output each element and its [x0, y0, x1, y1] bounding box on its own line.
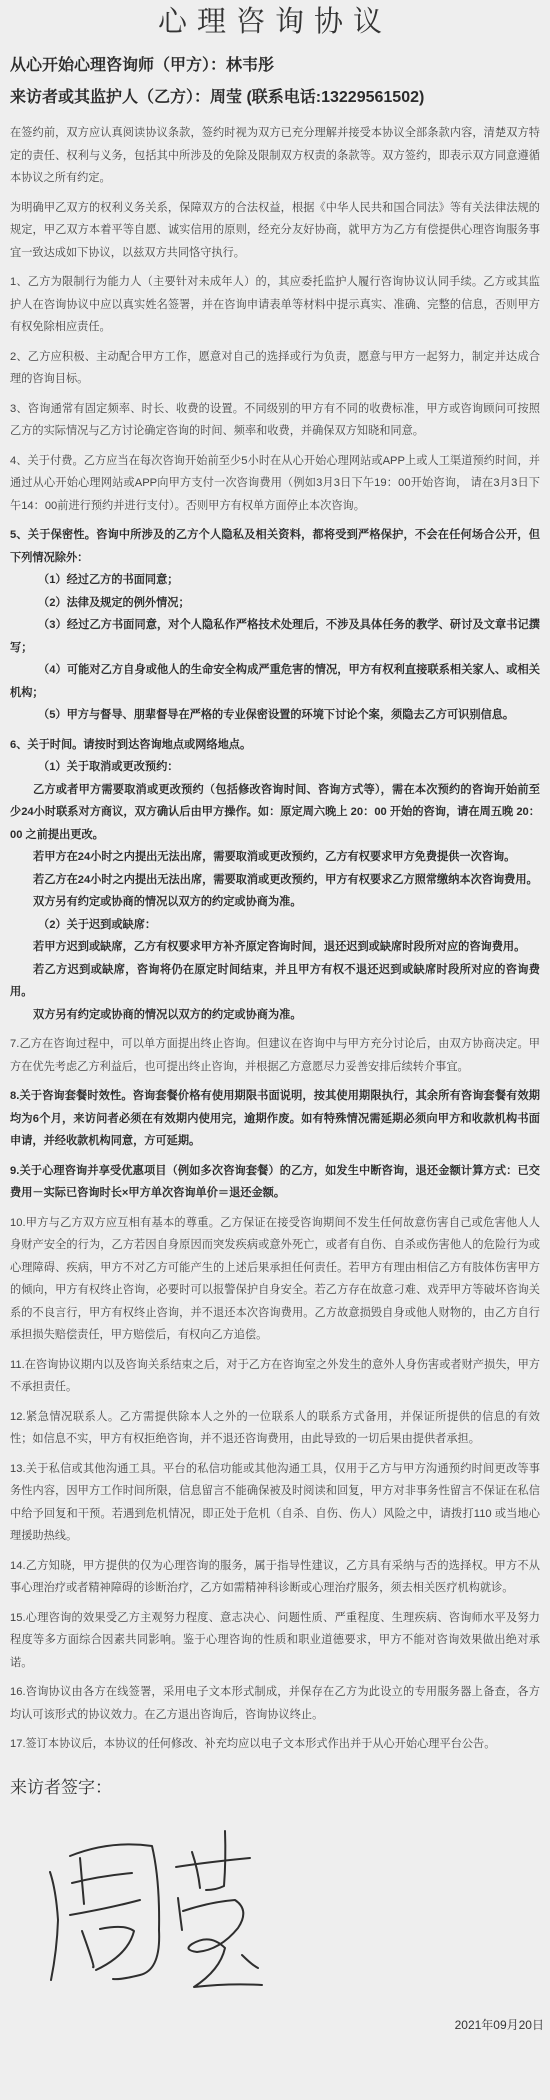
- clause-5-item: （1）经过乙方的书面同意；: [10, 569, 540, 592]
- clause-13: 13.关于私信或其他沟通工具。平台的私信功能或其他沟通工具，仅用于乙方与甲方沟通…: [10, 1458, 540, 1548]
- clause-11: 11.在咨询协议期内以及咨询关系结束之后，对于乙方在咨询室之外发生的意外人身伤害…: [10, 1354, 540, 1399]
- clause-8: 8.关于咨询套餐时效性。咨询套餐价格有使用期限书面说明，按其使用期限执行，其余所…: [10, 1085, 540, 1153]
- clause-1: 1、乙方为限制行为能力人（主要针对未成年人）的，其应委托监护人履行咨询协议认同手…: [10, 271, 540, 339]
- clause-6-sub1-item: 乙方或者甲方需要取消或更改预约（包括修改咨询时间、咨询方式等），需在本次预约的咨…: [10, 779, 540, 847]
- handwritten-signature: [40, 1820, 280, 2000]
- clause-5-item: （3）经过乙方书面同意，对个人隐私作严格技术处理后，不涉及具体任务的教学、研讨及…: [10, 614, 540, 659]
- clause-6-sub2-item: 双方另有约定或协商的情况以双方的约定或协商为准。: [10, 1004, 540, 1027]
- clause-6-sub2-item: 若乙方迟到或缺席，咨询将仍在原定时间结束，并且甲方有权不退还迟到或缺席时段所对应…: [10, 959, 540, 1004]
- clause-5-intro: 5、关于保密性。咨询中所涉及的乙方个人隐私及相关资料，都将受到严格保护，不会在任…: [10, 524, 540, 569]
- clause-6-sub2-item: 若甲方迟到或缺席，乙方有权要求甲方补齐原定咨询时间，退还迟到或缺席时段所对应的咨…: [10, 936, 540, 959]
- clause-6-sub2-title: （2）关于迟到或缺席：: [10, 914, 540, 937]
- clause-6-sub1-item: 双方另有约定或协商的情况以双方的约定或协商为准。: [10, 891, 540, 914]
- clause-6-sub1-title: （1）关于取消或更改预约：: [10, 756, 540, 779]
- clause-12: 12.紧急情况联系人。乙方需提供除本人之外的一位联系人的联系方式备用，并保证所提…: [10, 1406, 540, 1451]
- party-a: 从心开始心理咨询师（甲方）：林韦彤: [10, 56, 540, 76]
- clause-5: 5、关于保密性。咨询中所涉及的乙方个人隐私及相关资料，都将受到严格保护，不会在任…: [10, 524, 540, 727]
- signature-label: 来访者签字：: [10, 1776, 540, 1800]
- agreement-document: 心理咨询协议 从心开始心理咨询师（甲方）：林韦彤 来访者或其监护人（乙方）：周莹…: [0, 0, 550, 1800]
- clause-9: 9.关于心理咨询并享受优惠项目（例如多次咨询套餐）的乙方，如发生中断咨询，退还金…: [10, 1160, 540, 1205]
- clause-5-item: （5）甲方与督导、朋辈督导在严格的专业保密设置的环境下讨论个案，须隐去乙方可识别…: [10, 704, 540, 727]
- clause-14: 14.乙方知晓，甲方提供的仅为心理咨询的服务，属于指导性建议，乙方具有采纳与否的…: [10, 1555, 540, 1600]
- clause-6-sub1-item: 若甲方在24小时之内提出无法出席，需要取消或更改预约，乙方有权要求甲方免费提供一…: [10, 846, 540, 869]
- document-title: 心理咨询协议: [10, 0, 540, 46]
- clause-4: 4、关于付费。乙方应当在每次咨询开始前至少5小时在从心开始心理网站或APP上或人…: [10, 450, 540, 518]
- clause-7: 7.乙方在咨询过程中，可以单方面提出终止咨询。但建议在咨询中与甲方充分讨论后，由…: [10, 1033, 540, 1078]
- clause-6-sub1-item: 若乙方在24小时之内提出无法出席，需要取消或更改预约，甲方有权要求乙方照常缴纳本…: [10, 869, 540, 892]
- clause-3: 3、咨询通常有固定频率、时长、收费的设置。不同级别的甲方有不同的收费标准，甲方或…: [10, 398, 540, 443]
- party-b: 来访者或其监护人（乙方）：周莹 (联系电话:13229561502): [10, 88, 540, 108]
- clause-5-item: （2）法律及规定的例外情况；: [10, 592, 540, 615]
- clause-6-intro: 6、关于时间。请按时到达咨询地点或网络地点。: [10, 734, 540, 757]
- clause-15: 15.心理咨询的效果受乙方主观努力程度、意志决心、问题性质、严重程度、生理疾病、…: [10, 1607, 540, 1675]
- clause-17: 17.签订本协议后，本协议的任何修改、补充均应以电子文本形式作出并于从心开始心理…: [10, 1733, 540, 1756]
- preamble-paragraph: 为明确甲乙双方的权利义务关系，保障双方的合法权益，根据《中华人民共和国合同法》等…: [10, 197, 540, 265]
- clause-10: 10.甲方与乙方双方应互相有基本的尊重。乙方保证在接受咨询期间不发生任何故意伤害…: [10, 1212, 540, 1347]
- clause-6: 6、关于时间。请按时到达咨询地点或网络地点。 （1）关于取消或更改预约： 乙方或…: [10, 734, 540, 1027]
- preamble-paragraph: 在签约前，双方应认真阅读协议条款，签约时视为双方已充分理解并接受本协议全部条款内…: [10, 122, 540, 190]
- clause-16: 16.咨询协议由各方在线签署，采用电子文本形式制成，并保存在乙方为此设立的专用服…: [10, 1681, 540, 1726]
- clause-2: 2、乙方应积极、主动配合甲方工作，愿意对自己的选择或行为负责，愿意与甲方一起努力…: [10, 346, 540, 391]
- signature-date: 2021年09月20日: [455, 2016, 544, 2033]
- clause-5-item: （4）可能对乙方自身或他人的生命安全构成严重危害的情况，甲方有权利直接联系相关家…: [10, 659, 540, 704]
